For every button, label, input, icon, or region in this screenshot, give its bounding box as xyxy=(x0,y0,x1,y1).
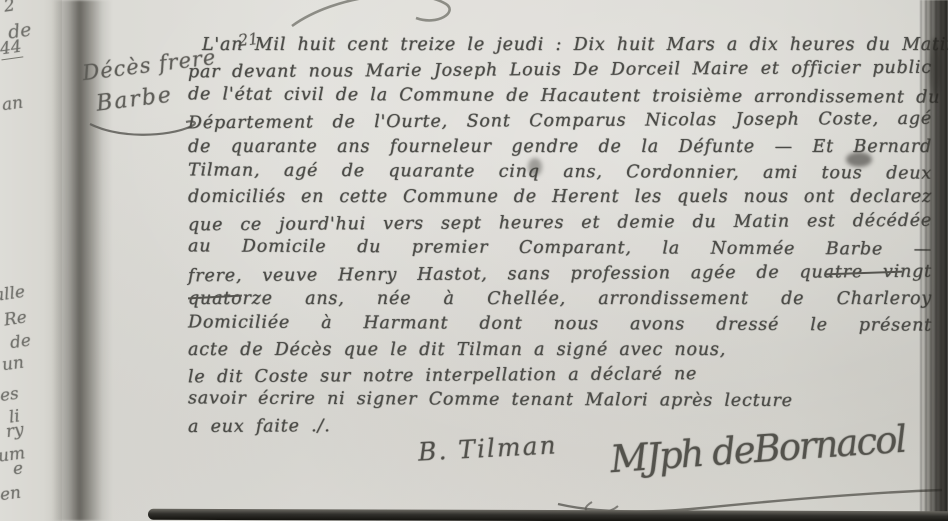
ink-smudge xyxy=(528,158,542,176)
record-line: L'an Mil huit cent treize le jeudi : Dix… xyxy=(188,33,932,58)
page-right-edge xyxy=(920,0,948,521)
record-line: Domiciliée à Harmant dont nous avons dre… xyxy=(188,311,932,340)
record-line: frere, veuve Henry Hastot, sans professi… xyxy=(188,259,932,289)
record-line: savoir écrire ni signer Comme tenant Mal… xyxy=(188,387,932,416)
record-line: de quarante ans fourneleur gendre de la … xyxy=(188,135,932,160)
edge-text-fragment: en xyxy=(0,483,22,506)
ink-smudge xyxy=(846,152,872,167)
edge-text-fragment: an xyxy=(1,93,25,116)
signature-witness: B. Tilman xyxy=(417,430,558,466)
edge-text-fragment: de xyxy=(9,331,33,354)
record-line: Département de l'Ourte, Sont Comparus Ni… xyxy=(188,107,932,137)
record-line: domiciliés en cette Commune de Herent le… xyxy=(188,185,932,210)
edge-text-fragment: alle xyxy=(0,282,26,306)
edge-text-fragment: 44 xyxy=(0,37,23,61)
previous-entry-flourish xyxy=(288,0,508,34)
edge-text-fragment: un xyxy=(1,353,25,376)
death-act-text: L'an Mil huit cent treize le jeudi : Dix… xyxy=(188,33,932,439)
page-bottom-edge xyxy=(148,509,948,521)
record-line: acte de Décès que le dit Tilman a signé … xyxy=(188,338,932,363)
record-line: quatorze ans, née à Chellée, arrondissem… xyxy=(188,287,932,312)
record-line: par devant nous Marie Joseph Louis De Do… xyxy=(188,56,932,86)
record-line: Tilman, agé de quarante cinq ans, Cordon… xyxy=(188,158,932,187)
edge-text-fragment: es xyxy=(0,384,20,406)
edge-text-fragment: 2 xyxy=(3,0,17,17)
edge-text-fragment: Re xyxy=(3,308,28,331)
scanned-register-page: 2 de 44 an alle Re de un es li ry um e e… xyxy=(0,0,948,521)
record-line: au Domicile du premier Comparant, la Nom… xyxy=(188,235,932,264)
edge-text-fragment: ry xyxy=(5,420,25,442)
